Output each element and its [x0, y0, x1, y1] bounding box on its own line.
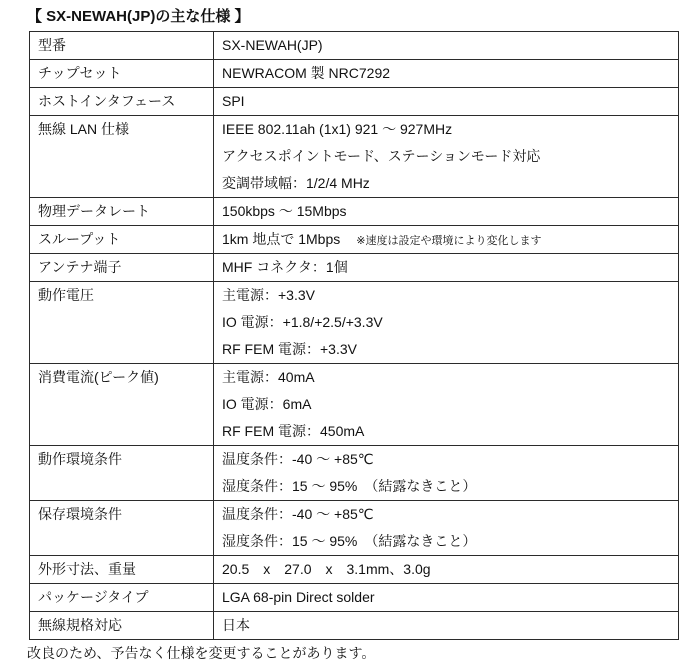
table-row: 物理データレート 150kbps ～ 15Mbps: [30, 198, 679, 226]
spec-value-text: RF FEM 電源：+3.3V: [222, 341, 357, 357]
spec-value-text: アクセスポイントモード、ステーションモード対応: [222, 148, 540, 164]
spec-label: 無線 LAN 仕様: [38, 116, 205, 143]
footer-disclaimer: 改良のため、予告なく仕様を変更することがあります。: [27, 643, 375, 663]
spec-label-cell: アンテナ端子: [30, 254, 214, 282]
spec-value-text: 変調帯域幅：1/2/4 MHz: [222, 175, 370, 191]
spec-label: スループット: [38, 226, 205, 253]
spec-label-cell: 外形寸法、重量: [30, 556, 214, 584]
spec-label: チップセット: [38, 60, 205, 87]
spec-value-cell: MHF コネクタ：1個: [214, 254, 679, 282]
spec-value-text: 1km 地点で 1Mbps: [222, 231, 340, 247]
spec-label-cell: パッケージタイプ: [30, 584, 214, 612]
spec-value-cell: 150kbps ～ 15Mbps: [214, 198, 679, 226]
spec-value-line: 150kbps ～ 15Mbps: [222, 198, 670, 225]
spec-value-text: 温度条件：-40 ～ +85℃: [222, 451, 373, 467]
table-row: 動作電圧 主電源：+3.3VIO 電源：+1.8/+2.5/+3.3VRF FE…: [30, 282, 679, 364]
table-row: 型番 SX-NEWAH(JP): [30, 32, 679, 60]
spec-value-cell: 温度条件：-40 ～ +85℃湿度条件：15 ～ 95% （結露なきこと）: [214, 446, 679, 501]
spec-value-text: IEEE 802.11ah (1x1) 921 ～ 927MHz: [222, 121, 452, 137]
spec-value-cell: IEEE 802.11ah (1x1) 921 ～ 927MHzアクセスポイント…: [214, 116, 679, 198]
spec-value-cell: 1km 地点で 1Mbps※速度は設定や環境により変化します: [214, 226, 679, 254]
table-row: 保存環境条件 温度条件：-40 ～ +85℃湿度条件：15 ～ 95% （結露な…: [30, 501, 679, 556]
spec-value-line: 湿度条件：15 ～ 95% （結露なきこと）: [222, 528, 670, 555]
spec-label-cell: 型番: [30, 32, 214, 60]
spec-value-line: 主電源：40mA: [222, 364, 670, 391]
spec-value-text: LGA 68-pin Direct solder: [222, 589, 375, 605]
spec-value-line: SX-NEWAH(JP): [222, 32, 670, 59]
spec-value-line: 温度条件：-40 ～ +85℃: [222, 501, 670, 528]
spec-value-text: 主電源：40mA: [222, 369, 315, 385]
spec-value-text: SPI: [222, 93, 245, 109]
spec-value-text: 日本: [222, 617, 250, 633]
spec-value-text: 温度条件：-40 ～ +85℃: [222, 506, 373, 522]
spec-value-cell: LGA 68-pin Direct solder: [214, 584, 679, 612]
spec-value-text: RF FEM 電源：450mA: [222, 423, 364, 439]
spec-value-line: RF FEM 電源：450mA: [222, 418, 670, 445]
spec-value-cell: 主電源：+3.3VIO 電源：+1.8/+2.5/+3.3VRF FEM 電源：…: [214, 282, 679, 364]
spec-value-line: 温度条件：-40 ～ +85℃: [222, 446, 670, 473]
spec-value-text: 湿度条件：15 ～ 95% （結露なきこと）: [222, 533, 476, 549]
table-row: 外形寸法、重量 20.5 x 27.0 x 3.1mm、3.0g: [30, 556, 679, 584]
spec-value-cell: SPI: [214, 88, 679, 116]
spec-value-cell: SX-NEWAH(JP): [214, 32, 679, 60]
spec-label-cell: スループット: [30, 226, 214, 254]
spec-value-cell: NEWRACOM 製 NRC7292: [214, 60, 679, 88]
spec-sheet-page: 【 SX-NEWAH(JP)の主な仕様 】 型番 SX-NEWAH(JP) チッ…: [0, 0, 700, 667]
spec-label: 型番: [38, 32, 205, 59]
spec-value-line: IO 電源：6mA: [222, 391, 670, 418]
spec-label-cell: 消費電流(ピーク値): [30, 364, 214, 446]
spec-label-cell: 無線規格対応: [30, 612, 214, 640]
spec-value-text: SX-NEWAH(JP): [222, 37, 323, 53]
spec-label: アンテナ端子: [38, 254, 205, 281]
spec-label-cell: 物理データレート: [30, 198, 214, 226]
spec-table: 型番 SX-NEWAH(JP) チップセット NEWRACOM 製 NRC729…: [29, 31, 679, 640]
spec-table-body: 型番 SX-NEWAH(JP) チップセット NEWRACOM 製 NRC729…: [30, 32, 679, 640]
spec-value-line: 主電源：+3.3V: [222, 282, 670, 309]
spec-label: ホストインタフェース: [38, 88, 205, 115]
spec-value-line: MHF コネクタ：1個: [222, 254, 670, 281]
spec-label-cell: 保存環境条件: [30, 501, 214, 556]
table-row: 動作環境条件 温度条件：-40 ～ +85℃湿度条件：15 ～ 95% （結露な…: [30, 446, 679, 501]
spec-value-text: IO 電源：6mA: [222, 396, 311, 412]
table-row: 消費電流(ピーク値) 主電源：40mAIO 電源：6mARF FEM 電源：45…: [30, 364, 679, 446]
spec-note: ※速度は設定や環境により変化します: [356, 235, 541, 247]
spec-value-cell: 温度条件：-40 ～ +85℃湿度条件：15 ～ 95% （結露なきこと）: [214, 501, 679, 556]
spec-label: 消費電流(ピーク値): [38, 364, 205, 391]
table-row: アンテナ端子 MHF コネクタ：1個: [30, 254, 679, 282]
table-row: チップセット NEWRACOM 製 NRC7292: [30, 60, 679, 88]
spec-value-cell: 20.5 x 27.0 x 3.1mm、3.0g: [214, 556, 679, 584]
spec-value-text: NEWRACOM 製 NRC7292: [222, 65, 390, 81]
table-row: パッケージタイプ LGA 68-pin Direct solder: [30, 584, 679, 612]
spec-label-cell: ホストインタフェース: [30, 88, 214, 116]
spec-value-line: 湿度条件：15 ～ 95% （結露なきこと）: [222, 473, 670, 500]
spec-value-line: 日本: [222, 612, 670, 639]
table-row: ホストインタフェース SPI: [30, 88, 679, 116]
spec-value-line: IEEE 802.11ah (1x1) 921 ～ 927MHz: [222, 116, 670, 143]
spec-value-line: IO 電源：+1.8/+2.5/+3.3V: [222, 309, 670, 336]
spec-label-cell: 動作環境条件: [30, 446, 214, 501]
spec-label: 無線規格対応: [38, 612, 205, 639]
spec-value-line: NEWRACOM 製 NRC7292: [222, 60, 670, 87]
spec-value-line: LGA 68-pin Direct solder: [222, 584, 670, 611]
spec-label: パッケージタイプ: [38, 584, 205, 611]
spec-value-line: 変調帯域幅：1/2/4 MHz: [222, 170, 670, 197]
spec-value-cell: 主電源：40mAIO 電源：6mARF FEM 電源：450mA: [214, 364, 679, 446]
spec-value-line: SPI: [222, 88, 670, 115]
spec-value-line: RF FEM 電源：+3.3V: [222, 336, 670, 363]
spec-value-line: 1km 地点で 1Mbps※速度は設定や環境により変化します: [222, 226, 670, 253]
spec-value-text: 20.5 x 27.0 x 3.1mm、3.0g: [222, 561, 431, 577]
table-row: 無線 LAN 仕様 IEEE 802.11ah (1x1) 921 ～ 927M…: [30, 116, 679, 198]
spec-label-cell: チップセット: [30, 60, 214, 88]
spec-label-cell: 動作電圧: [30, 282, 214, 364]
spec-value-text: MHF コネクタ：1個: [222, 259, 348, 275]
spec-label: 動作電圧: [38, 282, 205, 309]
spec-value-text: 湿度条件：15 ～ 95% （結露なきこと）: [222, 478, 476, 494]
table-row: スループット 1km 地点で 1Mbps※速度は設定や環境により変化します: [30, 226, 679, 254]
table-row: 無線規格対応 日本: [30, 612, 679, 640]
spec-value-text: 150kbps ～ 15Mbps: [222, 203, 347, 219]
spec-label-cell: 無線 LAN 仕様: [30, 116, 214, 198]
spec-value-line: アクセスポイントモード、ステーションモード対応: [222, 143, 670, 170]
spec-value-text: IO 電源：+1.8/+2.5/+3.3V: [222, 314, 383, 330]
spec-label: 物理データレート: [38, 198, 205, 225]
spec-label: 外形寸法、重量: [38, 556, 205, 583]
spec-value-cell: 日本: [214, 612, 679, 640]
page-title: 【 SX-NEWAH(JP)の主な仕様 】: [27, 5, 250, 26]
spec-value-text: 主電源：+3.3V: [222, 287, 315, 303]
spec-label: 保存環境条件: [38, 501, 205, 528]
spec-value-line: 20.5 x 27.0 x 3.1mm、3.0g: [222, 556, 670, 583]
spec-label: 動作環境条件: [38, 446, 205, 473]
